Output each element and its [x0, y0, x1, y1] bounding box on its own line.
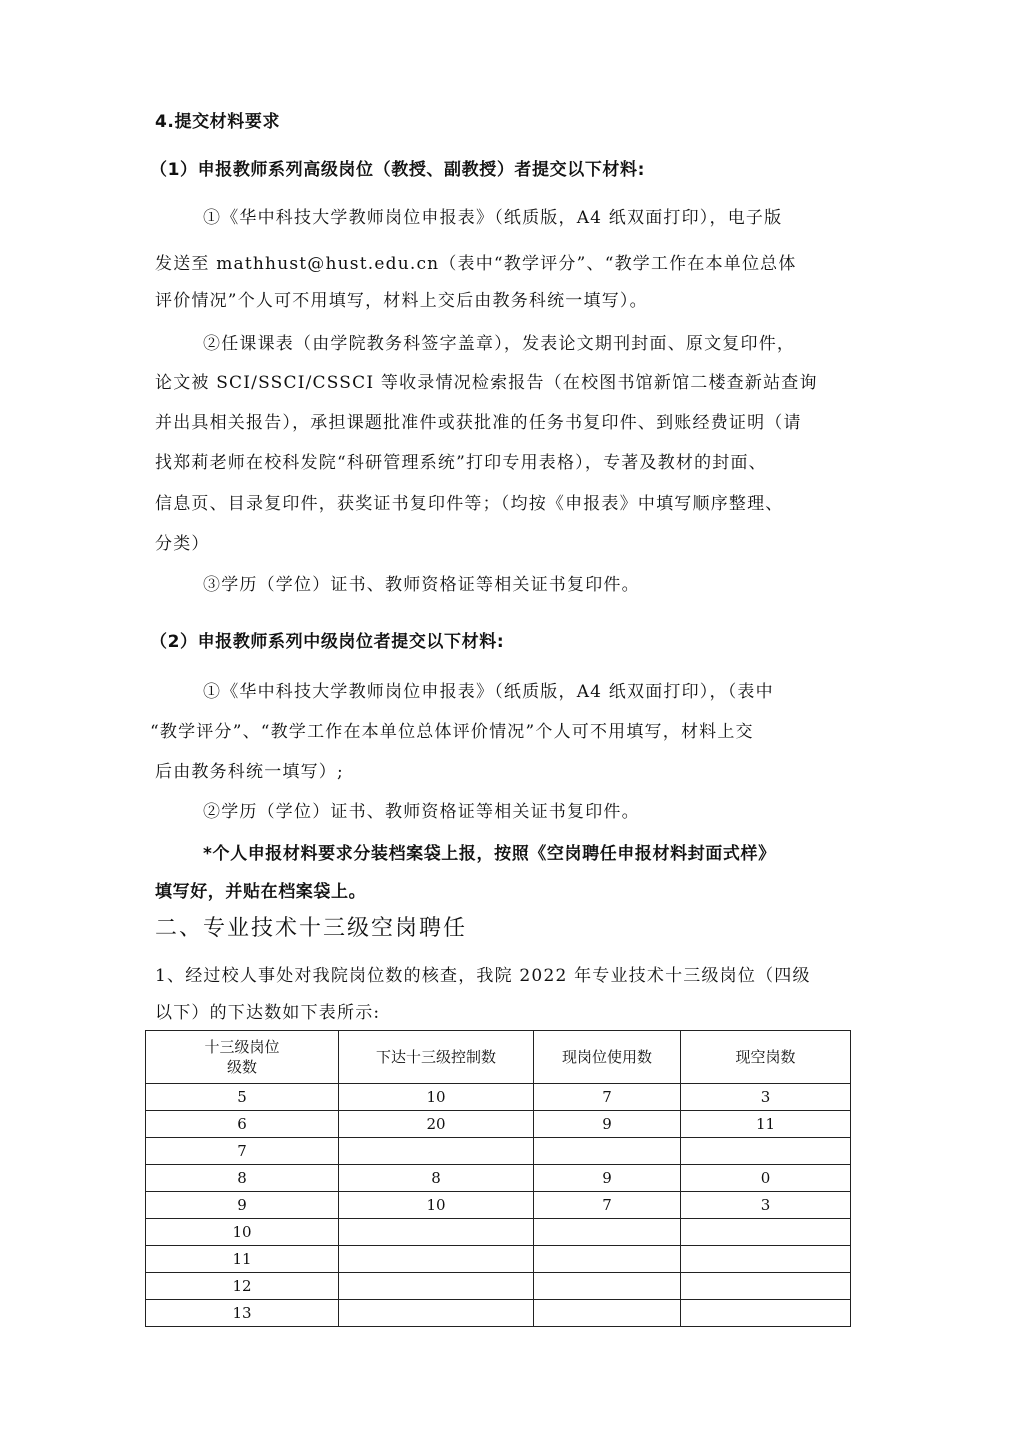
table-row: 8 8 9 0: [146, 1165, 851, 1192]
cell-level: 11: [146, 1246, 339, 1273]
cell-vacant: [681, 1246, 851, 1273]
paragraph-line: 论文被 SCI/SSCI/CSSCI 等收录情况检索报告（在校图书馆新馆二楼查新…: [155, 371, 870, 395]
cell-vacant: 0: [681, 1165, 851, 1192]
cell-level: 6: [146, 1111, 339, 1138]
cell-level: 10: [146, 1219, 339, 1246]
cell-level: 9: [146, 1192, 339, 1219]
cell-vacant: [681, 1273, 851, 1300]
cell-vacant: 11: [681, 1111, 851, 1138]
cell-vacant: [681, 1219, 851, 1246]
cell-vacant: [681, 1300, 851, 1327]
table-row: 9 10 7 3: [146, 1192, 851, 1219]
paragraph-line: 找郑莉老师在校科发院“科研管理系统”打印专用表格），专著及教材的封面、: [155, 451, 870, 475]
cell-vacant: [681, 1138, 851, 1165]
cell-quota: [339, 1219, 534, 1246]
cell-level: 8: [146, 1165, 339, 1192]
cell-quota: 8: [339, 1165, 534, 1192]
header-vacant: 现空岗数: [681, 1031, 851, 1084]
cell-used: [534, 1300, 681, 1327]
cell-used: [534, 1138, 681, 1165]
cell-level: 5: [146, 1084, 339, 1111]
paragraph-line: ①《华中科技大学教师岗位申报表》（纸质版，A4 纸双面打印），（表中: [203, 680, 918, 704]
cell-quota: 10: [339, 1084, 534, 1111]
header-level: 十三级岗位 级数: [146, 1031, 339, 1084]
cell-quota: [339, 1138, 534, 1165]
cell-vacant: 3: [681, 1192, 851, 1219]
cell-quota: [339, 1273, 534, 1300]
header-text: 级数: [146, 1057, 338, 1077]
subsection-heading: （2）申报教师系列中级岗位者提交以下材料:: [150, 630, 865, 654]
header-quota: 下达十三级控制数: [339, 1031, 534, 1084]
cell-used: [534, 1273, 681, 1300]
cell-used: 9: [534, 1165, 681, 1192]
cell-level: 12: [146, 1273, 339, 1300]
cell-quota: [339, 1300, 534, 1327]
table-row: 5 10 7 3: [146, 1084, 851, 1111]
paragraph-line: “教学评分”、“教学工作在本单位总体评价情况”个人可不用填写，材料上交: [150, 720, 865, 744]
cell-vacant: 3: [681, 1084, 851, 1111]
table-row: 11: [146, 1246, 851, 1273]
paragraph-line: 分类）: [155, 532, 870, 556]
subsection-heading: （1）申报教师系列高级岗位（教授、副教授）者提交以下材料:: [150, 158, 865, 182]
header-used: 现岗位使用数: [534, 1031, 681, 1084]
cell-level: 13: [146, 1300, 339, 1327]
cell-used: 7: [534, 1192, 681, 1219]
paragraph-line: ①《华中科技大学教师岗位申报表》（纸质版，A4 纸双面打印），电子版: [203, 206, 918, 230]
paragraph-line: ②学历（学位）证书、教师资格证等相关证书复印件。: [203, 800, 918, 824]
paragraph-line: 信息页、目录复印件，获奖证书复印件等；（均按《申报表》中填写顺序整理、: [155, 492, 870, 516]
cell-used: 7: [534, 1084, 681, 1111]
cell-level: 7: [146, 1138, 339, 1165]
cell-used: [534, 1219, 681, 1246]
paragraph-line: ③学历（学位）证书、教师资格证等相关证书复印件。: [203, 573, 918, 597]
table-row: 6 20 9 11: [146, 1111, 851, 1138]
paragraph-line: 发送至 mathhust@hust.edu.cn（表中“教学评分”、“教学工作在…: [155, 252, 870, 276]
paragraph-line: 1、经过校人事处对我院岗位数的核查，我院 2022 年专业技术十三级岗位（四级: [155, 964, 870, 988]
cell-quota: 10: [339, 1192, 534, 1219]
section-title: 二、专业技术十三级空岗聘任: [155, 914, 467, 944]
cell-quota: [339, 1246, 534, 1273]
cell-used: 9: [534, 1111, 681, 1138]
document-page: 4.提交材料要求 （1）申报教师系列高级岗位（教授、副教授）者提交以下材料: ①…: [0, 0, 1024, 1448]
paragraph-line: 以下）的下达数如下表所示:: [155, 1001, 870, 1025]
table-row: 13: [146, 1300, 851, 1327]
table-row: 12: [146, 1273, 851, 1300]
table-row: 7: [146, 1138, 851, 1165]
cell-quota: 20: [339, 1111, 534, 1138]
cell-used: [534, 1246, 681, 1273]
table-header-row: 十三级岗位 级数 下达十三级控制数 现岗位使用数 现空岗数: [146, 1031, 851, 1084]
note-line: *个人申报材料要求分装档案袋上报，按照《空岗聘任申报材料封面式样》: [203, 842, 918, 866]
note-line: 填写好，并贴在档案袋上。: [155, 880, 870, 904]
paragraph-line: ②任课课表（由学院教务科签字盖章），发表论文期刊封面、原文复印件，: [203, 332, 918, 356]
paragraph-line: 并出具相关报告），承担课题批准件或获批准的任务书复印件、到账经费证明（请: [155, 411, 870, 435]
table-row: 10: [146, 1219, 851, 1246]
section-heading: 4.提交材料要求: [155, 110, 870, 134]
header-text: 十三级岗位: [146, 1037, 338, 1057]
quota-table: 十三级岗位 级数 下达十三级控制数 现岗位使用数 现空岗数 5 10 7 3 6…: [145, 1030, 851, 1327]
paragraph-line: 后由教务科统一填写）;: [155, 760, 870, 784]
paragraph-line: 评价情况”个人可不用填写，材料上交后由教务科统一填写）。: [155, 289, 870, 313]
